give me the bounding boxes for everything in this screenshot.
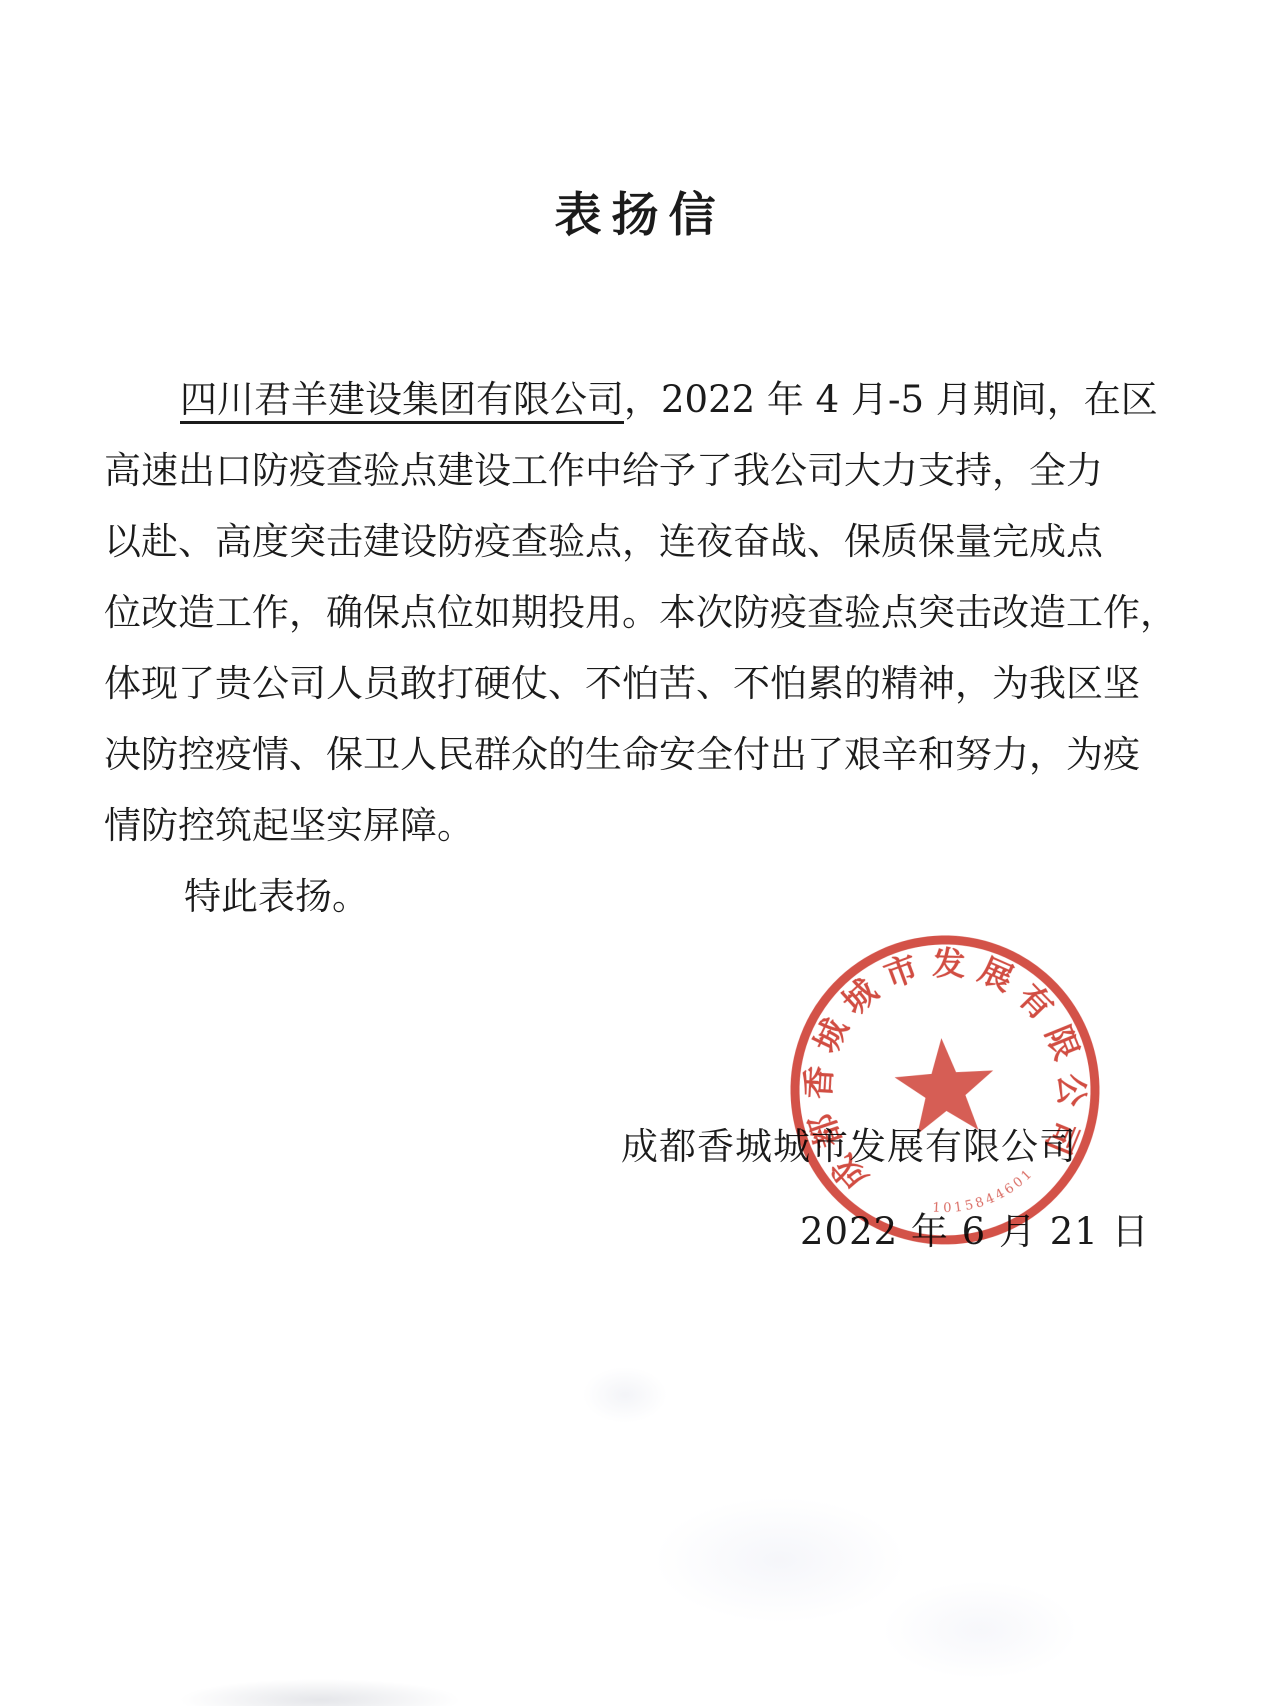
body-line: 位改造工作，确保点位如期投用。本次防疫查验点突击改造工作，	[104, 577, 1082, 648]
body-line: 高速出口防疫查验点建设工作中给予了我公司大力支持，全力	[104, 435, 1082, 506]
signature-company: 成都香城城市发展有限公司	[621, 1116, 1077, 1170]
body-line-1-rest: ，2022 年 4 月-5 月期间，在区	[624, 378, 1158, 421]
body-line: 体现了贵公司人员敢打硬仗、不怕苦、不怕累的精神，为我区坚	[104, 648, 1082, 719]
body-line: 决防控疫情、保卫人民群众的生命安全付出了艰辛和努力，为疫	[104, 719, 1082, 790]
body-lines: 高速出口防疫查验点建设工作中给予了我公司大力支持，全力以赴、高度突击建设防疫查验…	[104, 435, 1082, 861]
letter-body: 四川君羊建设集团有限公司，2022 年 4 月-5 月期间，在区 高速出口防疫查…	[104, 364, 1082, 932]
recipient-company-name: 四川君羊建设集团有限公司	[180, 378, 624, 421]
letter-title: 表扬信	[0, 178, 1280, 245]
body-line: 情防控筑起坚实屏障。	[104, 790, 1082, 861]
closing-line: 特此表扬。	[104, 861, 1082, 932]
body-line-1: 四川君羊建设集团有限公司，2022 年 4 月-5 月期间，在区	[104, 364, 1082, 435]
scanned-letter-page: { "letter": { "title": "表扬信", "body": { …	[0, 0, 1280, 1706]
signature-date: 2022 年 6 月 21 日	[800, 1201, 1150, 1255]
body-line: 以赴、高度突击建设防疫查验点，连夜奋战、保质保量完成点	[104, 506, 1082, 577]
